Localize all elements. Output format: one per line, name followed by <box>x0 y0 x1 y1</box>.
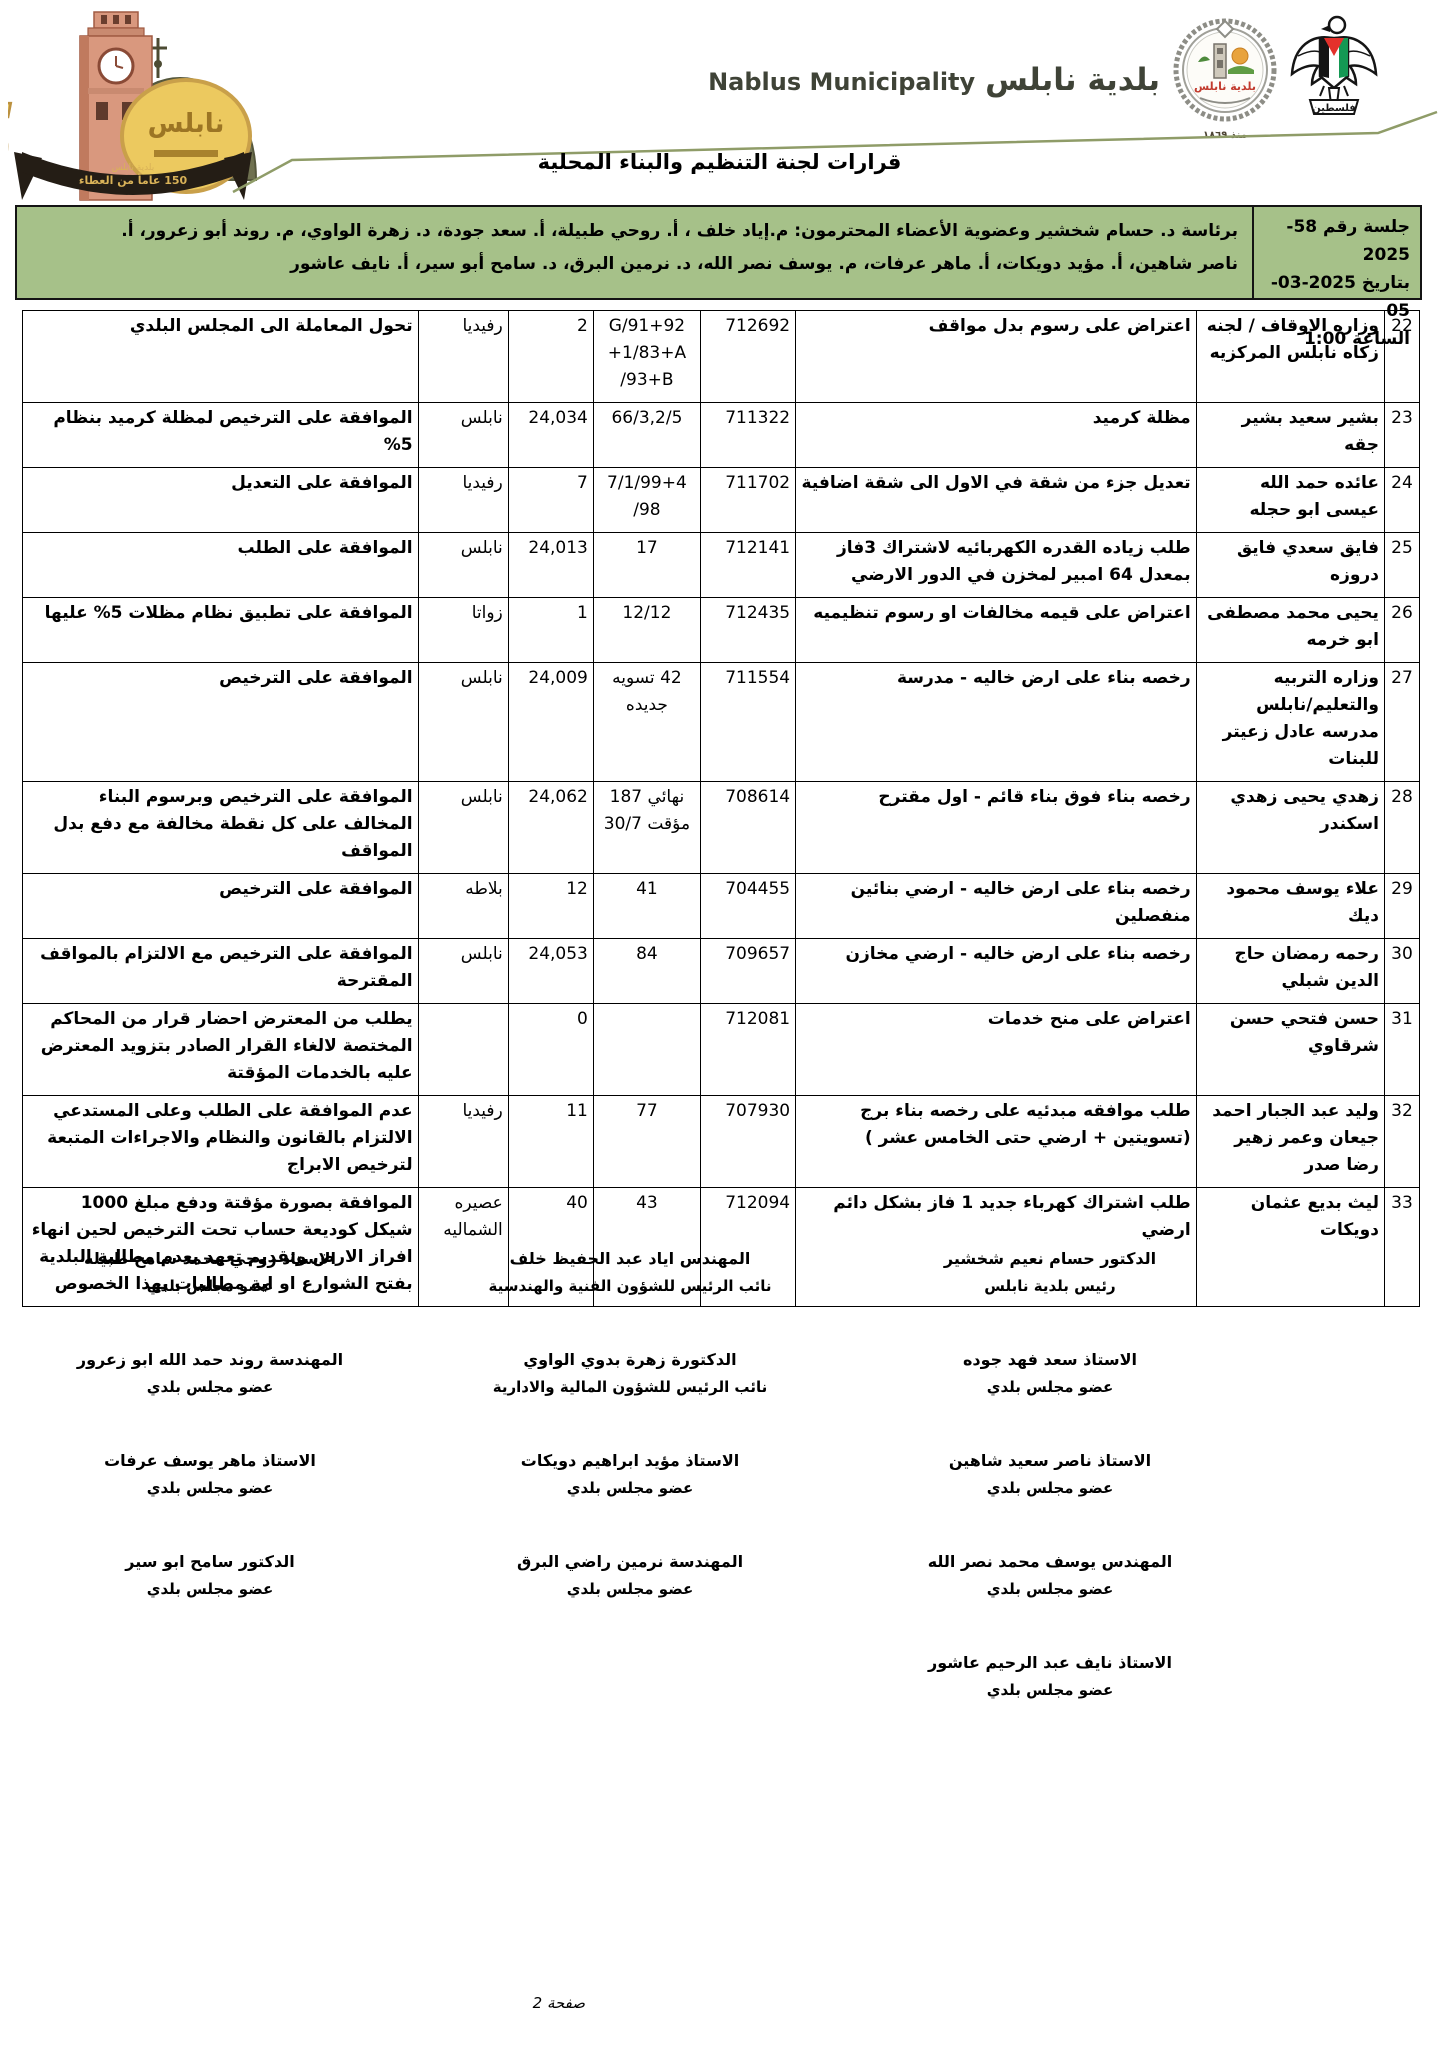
cell-parcel: 12/12 <box>593 598 700 663</box>
signature-name: المهندس اياد عبد الحفيظ خلف <box>420 1248 840 1270</box>
signature-name: الاستاذ سعد فهد جوده <box>840 1349 1260 1371</box>
signature-block: الاستاذ مؤيد ابراهيم دويكاتعضو مجلس بلدي <box>420 1450 840 1551</box>
cell-name: وزاره التربيه والتعليم/نابلس مدرسه عادل … <box>1196 663 1384 782</box>
cell-no: 33 <box>1384 1188 1419 1307</box>
signature-spacer <box>0 1652 420 1753</box>
cell-decision: الموافقة على الترخيص <box>23 663 419 782</box>
table-row: 26يحيى محمد مصطفى ابو خرمهاعتراض على قيم… <box>23 598 1420 663</box>
cell-subject: طلب موافقه مبدئيه على رخصه بناء برج (تسو… <box>796 1096 1197 1188</box>
cell-no: 30 <box>1384 939 1419 1004</box>
cell-basin: 0 <box>508 1004 593 1096</box>
cell-region: نابلس <box>418 939 508 1004</box>
cell-decision: الموافقة على الترخيص لمظلة كرميد بنظام 5… <box>23 403 419 468</box>
cell-no: 23 <box>1384 403 1419 468</box>
parcel-value: 77 <box>599 1098 695 1125</box>
signature-name: الدكتورة زهرة بدوي الواوي <box>420 1349 840 1371</box>
table-row: 29علاء يوسف محمود ديكرخصه بناء على ارض خ… <box>23 874 1420 939</box>
cell-region: زواتا <box>418 598 508 663</box>
cell-basin: 11 <box>508 1096 593 1188</box>
cell-region: رفيديا <box>418 468 508 533</box>
table-row: 24عائده حمد الله عيسى ابو حجلهتعديل جزء … <box>23 468 1420 533</box>
table-row: 32وليد عبد الجبار احمد جيعان وعمر زهير ر… <box>23 1096 1420 1188</box>
cell-parcel: نهائي 187 مؤقت 30/7 <box>593 782 700 874</box>
table-row: 30رحمه رمضان حاج الدين شبليرخصه بناء على… <box>23 939 1420 1004</box>
cell-name: فايق سعدي فايق دروزه <box>1196 533 1384 598</box>
signature-role: عضو مجلس بلدي <box>420 1479 840 1497</box>
cell-file: 712081 <box>701 1004 796 1096</box>
signature-block: الدكتور سامح ابو سيرعضو مجلس بلدي <box>0 1551 420 1652</box>
signature-block: المهندس اياد عبد الحفيظ خلفنائب الرئيس ل… <box>420 1248 840 1349</box>
cell-parcel: 66/3,2/5 <box>593 403 700 468</box>
cell-region: رفيديا <box>418 1096 508 1188</box>
cell-basin: 24,009 <box>508 663 593 782</box>
table-row: 25فايق سعدي فايق دروزهطلب زياده القدره ا… <box>23 533 1420 598</box>
signature-name: الاستاذ مؤيد ابراهيم دويكات <box>420 1450 840 1472</box>
table-row: 22وزاره الاوقاف / لجنه زكاه نابلس المركز… <box>23 311 1420 403</box>
cell-subject: اعتراض على قيمه مخالفات او رسوم تنظيميه <box>796 598 1197 663</box>
cell-file: 712141 <box>701 533 796 598</box>
signature-role: عضو مجلس بلدي <box>0 1378 420 1396</box>
cell-parcel: 41 <box>593 874 700 939</box>
cell-subject: رخصه بناء على ارض خاليه - ارضي مخازن <box>796 939 1197 1004</box>
attendees-text: برئاسة د. حسام شخشير وعضوية الأعضاء المح… <box>17 207 1252 298</box>
decisions-table: 22وزاره الاوقاف / لجنه زكاه نابلس المركز… <box>22 310 1420 1307</box>
signature-name: الاستاذ روحي محمد سامح طبيله <box>0 1248 420 1270</box>
municipality-seal: بلدية نابلس منذ ١٨٦٩ <box>1168 18 1282 140</box>
table-row: 28زهدي يحيى زهدي اسكندررخصه بناء فوق بنا… <box>23 782 1420 874</box>
document-title: قرارات لجنة التنظيم والبناء المحلية <box>0 150 1439 174</box>
cell-subject: رخصه بناء فوق بناء قائم - اول مقترح <box>796 782 1197 874</box>
cell-no: 28 <box>1384 782 1419 874</box>
cell-file: 711702 <box>701 468 796 533</box>
parcel-value: 17 <box>599 535 695 562</box>
cell-parcel: G/91+92 +1/83+A /93+B <box>593 311 700 403</box>
parcel-value: 7/1/99+4 /98 <box>599 470 695 524</box>
parcel-value: 84 <box>599 941 695 968</box>
cell-no: 29 <box>1384 874 1419 939</box>
cell-region <box>418 1004 508 1096</box>
cell-decision: الموافقة على الترخيص مع الالتزام بالمواق… <box>23 939 419 1004</box>
cell-decision: الموافقة على الترخيص <box>23 874 419 939</box>
parcel-value: 12/12 <box>599 600 695 627</box>
cell-decision: الموافقة على التعديل <box>23 468 419 533</box>
cell-parcel: 17 <box>593 533 700 598</box>
signature-name: المهندسة نرمين راضي البرق <box>420 1551 840 1573</box>
cell-name: رحمه رمضان حاج الدين شبلي <box>1196 939 1384 1004</box>
cell-name: وليد عبد الجبار احمد جيعان وعمر زهير رضا… <box>1196 1096 1384 1188</box>
signature-name: المهندس يوسف محمد نصر الله <box>840 1551 1260 1573</box>
session-number: جلسة رقم 58-2025 <box>1258 213 1410 269</box>
signature-spacer <box>420 1652 840 1753</box>
cell-no: 32 <box>1384 1096 1419 1188</box>
cell-name: زهدي يحيى زهدي اسكندر <box>1196 782 1384 874</box>
signature-block: المهندسة روند حمد الله ابو زعرورعضو مجلس… <box>0 1349 420 1450</box>
table-row: 23بشير سعيد بشير جقهمظلة كرميد71132266/3… <box>23 403 1420 468</box>
signature-role: عضو مجلس بلدي <box>840 1681 1260 1699</box>
signature-block: الاستاذ ماهر يوسف عرفاتعضو مجلس بلدي <box>0 1450 420 1551</box>
palestine-emblem: فلسطين <box>1284 12 1384 120</box>
table-row: 31حسن فتحي حسن شرقاوياعتراض على منح خدما… <box>23 1004 1420 1096</box>
cell-basin: 24,062 <box>508 782 593 874</box>
cell-subject: رخصه بناء على ارض خاليه - مدرسة <box>796 663 1197 782</box>
cell-subject: اعتراض على رسوم بدل مواقف <box>796 311 1197 403</box>
flag-shield-icon <box>1320 38 1348 88</box>
parcel-value: 43 <box>599 1190 695 1217</box>
cell-no: 27 <box>1384 663 1419 782</box>
cell-file: 711554 <box>701 663 796 782</box>
cell-no: 22 <box>1384 311 1419 403</box>
cell-no: 25 <box>1384 533 1419 598</box>
cell-parcel: 84 <box>593 939 700 1004</box>
signature-role: عضو مجلس بلدي <box>0 1580 420 1598</box>
cell-decision: تحول المعاملة الى المجلس البلدي <box>23 311 419 403</box>
cell-name: عائده حمد الله عيسى ابو حجله <box>1196 468 1384 533</box>
signature-role: عضو مجلس بلدي <box>840 1479 1260 1497</box>
cell-basin: 24,034 <box>508 403 593 468</box>
cell-parcel <box>593 1004 700 1096</box>
page-number: صفحة 2 <box>495 1994 585 2012</box>
signature-block: الاستاذ سعد فهد جودهعضو مجلس بلدي <box>840 1349 1260 1450</box>
cell-name: يحيى محمد مصطفى ابو خرمه <box>1196 598 1384 663</box>
cell-basin: 24,013 <box>508 533 593 598</box>
cell-basin: 1 <box>508 598 593 663</box>
cell-file: 707930 <box>701 1096 796 1188</box>
signature-name: المهندسة روند حمد الله ابو زعرور <box>0 1349 420 1371</box>
cell-decision: الموافقة على الطلب <box>23 533 419 598</box>
session-meta: جلسة رقم 58-2025 بتاريخ 2025-03-05 الساع… <box>1252 207 1420 298</box>
svg-text:15: 15 <box>8 83 16 200</box>
signature-block: الاستاذ روحي محمد سامح طبيلهعضو مجلس بلد… <box>0 1248 420 1349</box>
signature-role: رئيس بلدية نابلس <box>840 1277 1260 1295</box>
cell-no: 26 <box>1384 598 1419 663</box>
cell-basin: 24,053 <box>508 939 593 1004</box>
cell-file: 711322 <box>701 403 796 468</box>
cell-region: بلاطه <box>418 874 508 939</box>
signature-block: المهندس يوسف محمد نصر اللهعضو مجلس بلدي <box>840 1551 1260 1652</box>
cell-no: 24 <box>1384 468 1419 533</box>
signature-role: عضو مجلس بلدي <box>840 1378 1260 1396</box>
cell-region: نابلس <box>418 533 508 598</box>
decisions-table-body: 22وزاره الاوقاف / لجنه زكاه نابلس المركز… <box>23 311 1420 1307</box>
svg-text:نابلس: نابلس <box>148 109 225 139</box>
signature-role: عضو مجلس بلدي <box>0 1277 420 1295</box>
signature-block: المهندسة نرمين راضي البرقعضو مجلس بلدي <box>420 1551 840 1652</box>
signature-name: الدكتور حسام نعيم شخشير <box>840 1248 1260 1270</box>
seal-caption: منذ ١٨٦٩ <box>1168 130 1282 141</box>
signature-name: الاستاذ ناصر سعيد شاهين <box>840 1450 1260 1472</box>
cell-file: 708614 <box>701 782 796 874</box>
cell-subject: مظلة كرميد <box>796 403 1197 468</box>
cell-parcel: 7/1/99+4 /98 <box>593 468 700 533</box>
cell-decision: الموافقة على الترخيص وبرسوم البناء المخا… <box>23 782 419 874</box>
signature-name: الاستاذ نايف عبد الرحيم عاشور <box>840 1652 1260 1674</box>
parcel-value: نهائي 187 مؤقت 30/7 <box>599 784 695 838</box>
cell-subject: تعديل جزء من شقة في الاول الى شقة اضافية <box>796 468 1197 533</box>
seal-text: بلدية نابلس <box>1194 80 1256 93</box>
municipality-brand: Nablus Municipality بلدية نابلس <box>560 62 1160 98</box>
cell-region: نابلس <box>418 663 508 782</box>
table-row: 27وزاره التربيه والتعليم/نابلس مدرسه عاد… <box>23 663 1420 782</box>
cell-name: وزاره الاوقاف / لجنه زكاه نابلس المركزيه <box>1196 311 1384 403</box>
eagle-icon: فلسطين <box>1284 12 1384 120</box>
cell-parcel: 42 تسويه جديده <box>593 663 700 782</box>
cell-region: رفيديا <box>418 311 508 403</box>
signature-role: نائب الرئيس للشؤون الفنية والهندسية <box>420 1277 840 1295</box>
cell-file: 712692 <box>701 311 796 403</box>
cell-name: حسن فتحي حسن شرقاوي <box>1196 1004 1384 1096</box>
signature-block: الدكتورة زهرة بدوي الواوينائب الرئيس للش… <box>420 1349 840 1450</box>
signature-role: عضو مجلس بلدي <box>0 1479 420 1497</box>
signature-role: نائب الرئيس للشؤون المالية والادارية <box>420 1378 840 1396</box>
signature-role: عضو مجلس بلدي <box>840 1580 1260 1598</box>
parcel-value: G/91+92 +1/83+A /93+B <box>599 313 695 394</box>
signature-block: الدكتور حسام نعيم شخشيررئيس بلدية نابلس <box>840 1248 1260 1349</box>
parcel-value: 41 <box>599 876 695 903</box>
cell-decision: يطلب من المعترض احضار قرار من المحاكم ال… <box>23 1004 419 1096</box>
emblem-banner-text: فلسطين <box>1312 103 1356 114</box>
cell-decision: عدم الموافقة على الطلب وعلى المستدعي الا… <box>23 1096 419 1188</box>
brand-name-en: Nablus Municipality <box>708 68 975 96</box>
cell-no: 31 <box>1384 1004 1419 1096</box>
cell-name: بشير سعيد بشير جقه <box>1196 403 1384 468</box>
cell-basin: 12 <box>508 874 593 939</box>
signatures-grid: الدكتور حسام نعيم شخشيررئيس بلدية نابلسا… <box>0 1248 1260 1753</box>
parcel-value: 42 تسويه جديده <box>599 665 695 719</box>
brand-name-ar: بلدية نابلس <box>985 62 1160 98</box>
cell-decision: الموافقة على تطبيق نظام مظلات 5% عليها <box>23 598 419 663</box>
cell-region: نابلس <box>418 782 508 874</box>
document-page: نابلس 15 بلدية نابلس 150 عاماً من العطاء… <box>0 0 1439 2048</box>
session-info-bar: جلسة رقم 58-2025 بتاريخ 2025-03-05 الساع… <box>15 205 1422 300</box>
signature-block: الاستاذ نايف عبد الرحيم عاشورعضو مجلس بل… <box>840 1652 1260 1753</box>
signature-name: الاستاذ ماهر يوسف عرفات <box>0 1450 420 1472</box>
cell-subject: اعتراض على منح خدمات <box>796 1004 1197 1096</box>
signature-name: الدكتور سامح ابو سير <box>0 1551 420 1573</box>
cell-parcel: 77 <box>593 1096 700 1188</box>
cell-file: 704455 <box>701 874 796 939</box>
signature-role: عضو مجلس بلدي <box>420 1580 840 1598</box>
signature-block: الاستاذ ناصر سعيد شاهينعضو مجلس بلدي <box>840 1450 1260 1551</box>
cell-name: علاء يوسف محمود ديك <box>1196 874 1384 939</box>
cell-region: نابلس <box>418 403 508 468</box>
cell-subject: طلب زياده القدره الكهربائيه لاشتراك 3فاز… <box>796 533 1197 598</box>
seal-icon: بلدية نابلس <box>1170 18 1280 124</box>
cell-basin: 7 <box>508 468 593 533</box>
parcel-value: 66/3,2/5 <box>599 405 695 432</box>
cell-file: 712435 <box>701 598 796 663</box>
cell-file: 709657 <box>701 939 796 1004</box>
cell-subject: رخصه بناء على ارض خاليه - ارضي بنائين من… <box>796 874 1197 939</box>
cell-basin: 2 <box>508 311 593 403</box>
